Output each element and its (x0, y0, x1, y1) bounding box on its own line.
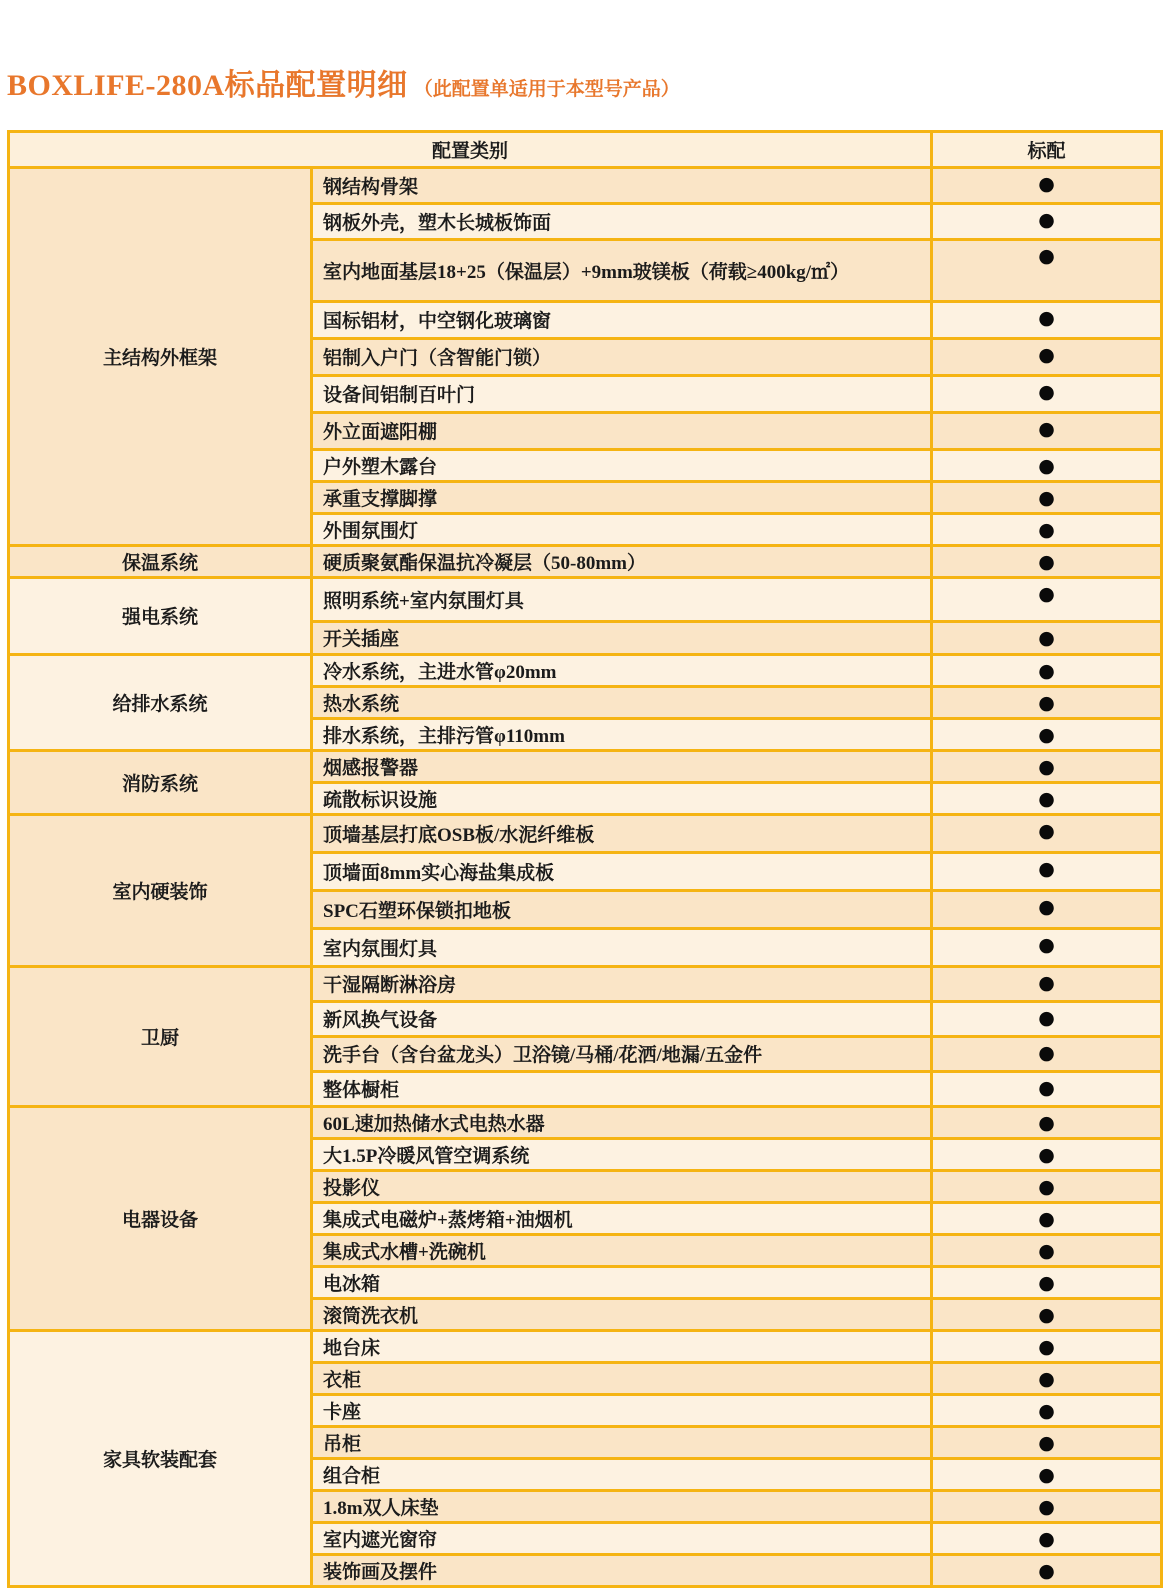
config-item-cell: 顶墙面8mm实心海盐集成板 (312, 852, 932, 890)
config-item-cell: 疏散标识设施 (312, 782, 932, 814)
category-cell: 保温系统 (9, 545, 312, 577)
config-item-cell: 设备间铝制百叶门 (312, 375, 932, 412)
bullet-icon: ● (1038, 627, 1055, 649)
bullet-icon: ● (1038, 660, 1055, 682)
page-title: BOXLIFE-280A标品配置明细（此配置单适用于本型号产品） (7, 0, 1168, 130)
config-item-cell: 开关插座 (312, 621, 932, 654)
config-item-cell: 装饰画及摆件 (312, 1554, 932, 1586)
config-item-cell: 硬质聚氨酯保温抗冷凝层（50-80mm） (312, 545, 932, 577)
bullet-icon: ● (1038, 1432, 1055, 1454)
standard-cell: ● (932, 1298, 1162, 1330)
category-cell: 强电系统 (9, 577, 312, 654)
standard-cell: ● (932, 718, 1162, 750)
header-standard: 标配 (932, 131, 1162, 167)
standard-cell: ● (932, 481, 1162, 513)
config-item-cell: 排水系统，主排污管φ110mm (312, 718, 932, 750)
bullet-icon: ● (1038, 344, 1055, 366)
config-item-cell: 60L速加热储水式电热水器 (312, 1106, 932, 1138)
config-item-cell: 冷水系统，主进水管φ20mm (312, 654, 932, 686)
config-item-cell: 地台床 (312, 1330, 932, 1362)
config-item-cell: 衣柜 (312, 1362, 932, 1394)
config-item-cell: 室内氛围灯具 (312, 928, 932, 966)
category-cell: 卫厨 (9, 966, 312, 1106)
standard-cell: ● (932, 750, 1162, 782)
config-item-cell: 电冰箱 (312, 1266, 932, 1298)
bullet-icon: ● (1038, 1496, 1055, 1518)
config-item-cell: 整体橱柜 (312, 1071, 932, 1106)
config-item-cell: SPC石塑环保锁扣地板 (312, 890, 932, 928)
bullet-icon: ● (1038, 1560, 1055, 1582)
table-header-row: 配置类别 标配 (9, 131, 1162, 167)
config-item-cell: 照明系统+室内氛围灯具 (312, 577, 932, 621)
standard-cell: ● (932, 239, 1162, 301)
page-title-note: （此配置单适用于本型号产品） (414, 79, 680, 100)
bullet-icon: ● (1038, 1007, 1055, 1029)
config-item-cell: 外立面遮阳棚 (312, 412, 932, 449)
config-item-cell: 顶墙基层打底OSB板/水泥纤维板 (312, 814, 932, 852)
standard-cell: ● (932, 301, 1162, 338)
standard-cell: ● (932, 1071, 1162, 1106)
config-item-cell: 洗手台（含台盆龙头）卫浴镜/马桶/花洒/地漏/五金件 (312, 1036, 932, 1071)
category-cell: 主结构外框架 (9, 167, 312, 545)
bullet-icon: ● (1038, 173, 1055, 195)
standard-cell: ● (932, 513, 1162, 545)
config-item-cell: 热水系统 (312, 686, 932, 718)
standard-cell: ● (932, 577, 1162, 621)
config-item-cell: 滚筒洗衣机 (312, 1298, 932, 1330)
config-item-cell: 外围氛围灯 (312, 513, 932, 545)
bullet-icon: ● (1038, 1368, 1055, 1390)
page-title-main: BOXLIFE-280A标品配置明细 (7, 69, 408, 102)
standard-cell: ● (932, 1426, 1162, 1458)
bullet-icon: ● (1038, 1112, 1055, 1134)
bullet-icon: ● (1038, 583, 1055, 605)
bullet-icon: ● (1038, 519, 1055, 541)
category-cell: 电器设备 (9, 1106, 312, 1330)
standard-cell: ● (932, 1170, 1162, 1202)
standard-cell: ● (932, 654, 1162, 686)
config-table: 配置类别 标配 主结构外框架钢结构骨架●钢板外壳，塑木长城板饰面●室内地面基层1… (7, 130, 1163, 1588)
bullet-icon: ● (1038, 1144, 1055, 1166)
table-row: 保温系统硬质聚氨酯保温抗冷凝层（50-80mm）● (9, 545, 1162, 577)
table-row: 消防系统烟感报警器● (9, 750, 1162, 782)
standard-cell: ● (932, 621, 1162, 654)
standard-cell: ● (932, 1036, 1162, 1071)
table-row: 电器设备60L速加热储水式电热水器● (9, 1106, 1162, 1138)
standard-cell: ● (932, 852, 1162, 890)
category-cell: 给排水系统 (9, 654, 312, 750)
bullet-icon: ● (1038, 756, 1055, 778)
bullet-icon: ● (1038, 487, 1055, 509)
bullet-icon: ● (1038, 307, 1055, 329)
bullet-icon: ● (1038, 972, 1055, 994)
category-cell: 家具软装配套 (9, 1330, 312, 1586)
bullet-icon: ● (1038, 1208, 1055, 1230)
config-item-cell: 投影仪 (312, 1170, 932, 1202)
config-item-cell: 卡座 (312, 1394, 932, 1426)
bullet-icon: ● (1038, 1240, 1055, 1262)
config-item-cell: 户外塑木露台 (312, 449, 932, 481)
standard-cell: ● (932, 167, 1162, 203)
bullet-icon: ● (1038, 820, 1055, 842)
bullet-icon: ● (1038, 788, 1055, 810)
bullet-icon: ● (1038, 1042, 1055, 1064)
standard-cell: ● (932, 1522, 1162, 1554)
standard-cell: ● (932, 1001, 1162, 1036)
standard-cell: ● (932, 782, 1162, 814)
standard-cell: ● (932, 1138, 1162, 1170)
config-item-cell: 1.8m双人床垫 (312, 1490, 932, 1522)
config-item-cell: 集成式水槽+洗碗机 (312, 1234, 932, 1266)
bullet-icon: ● (1038, 1528, 1055, 1550)
standard-cell: ● (932, 928, 1162, 966)
standard-cell: ● (932, 1234, 1162, 1266)
config-item-cell: 集成式电磁炉+蒸烤箱+油烟机 (312, 1202, 932, 1234)
bullet-icon: ● (1038, 1272, 1055, 1294)
standard-cell: ● (932, 1106, 1162, 1138)
config-item-cell: 室内遮光窗帘 (312, 1522, 932, 1554)
config-item-cell: 钢板外壳，塑木长城板饰面 (312, 203, 932, 239)
config-item-cell: 国标铝材，中空钢化玻璃窗 (312, 301, 932, 338)
config-item-cell: 室内地面基层18+25（保温层）+9mm玻镁板（荷载≥400kg/㎡） (312, 239, 932, 301)
bullet-icon: ● (1038, 418, 1055, 440)
standard-cell: ● (932, 1490, 1162, 1522)
standard-cell: ● (932, 814, 1162, 852)
bullet-icon: ● (1038, 551, 1055, 573)
bullet-icon: ● (1038, 1176, 1055, 1198)
table-row: 强电系统照明系统+室内氛围灯具● (9, 577, 1162, 621)
standard-cell: ● (932, 1330, 1162, 1362)
table-row: 给排水系统冷水系统，主进水管φ20mm● (9, 654, 1162, 686)
table-row: 家具软装配套地台床● (9, 1330, 1162, 1362)
table-row: 主结构外框架钢结构骨架● (9, 167, 1162, 203)
category-cell: 室内硬装饰 (9, 814, 312, 966)
config-item-cell: 新风换气设备 (312, 1001, 932, 1036)
config-item-cell: 大1.5P冷暖风管空调系统 (312, 1138, 932, 1170)
bullet-icon: ● (1038, 381, 1055, 403)
standard-cell: ● (932, 338, 1162, 375)
config-item-cell: 吊柜 (312, 1426, 932, 1458)
bullet-icon: ● (1038, 692, 1055, 714)
bullet-icon: ● (1038, 209, 1055, 231)
bullet-icon: ● (1038, 1077, 1055, 1099)
standard-cell: ● (932, 412, 1162, 449)
standard-cell: ● (932, 1202, 1162, 1234)
bullet-icon: ● (1038, 245, 1055, 267)
bullet-icon: ● (1038, 858, 1055, 880)
standard-cell: ● (932, 1394, 1162, 1426)
header-category: 配置类别 (9, 131, 932, 167)
config-item-cell: 铝制入户门（含智能门锁） (312, 338, 932, 375)
table-row: 室内硬装饰顶墙基层打底OSB板/水泥纤维板● (9, 814, 1162, 852)
bullet-icon: ● (1038, 1464, 1055, 1486)
config-item-cell: 钢结构骨架 (312, 167, 932, 203)
bullet-icon: ● (1038, 934, 1055, 956)
config-item-cell: 干湿隔断淋浴房 (312, 966, 932, 1001)
page: BOXLIFE-280A标品配置明细（此配置单适用于本型号产品） 配置类别 标配… (0, 0, 1168, 1588)
standard-cell: ● (932, 1458, 1162, 1490)
table-row: 卫厨干湿隔断淋浴房● (9, 966, 1162, 1001)
standard-cell: ● (932, 1362, 1162, 1394)
standard-cell: ● (932, 1266, 1162, 1298)
config-item-cell: 烟感报警器 (312, 750, 932, 782)
standard-cell: ● (932, 890, 1162, 928)
standard-cell: ● (932, 203, 1162, 239)
config-item-cell: 承重支撑脚撑 (312, 481, 932, 513)
standard-cell: ● (932, 1554, 1162, 1586)
category-cell: 消防系统 (9, 750, 312, 814)
standard-cell: ● (932, 375, 1162, 412)
bullet-icon: ● (1038, 1304, 1055, 1326)
standard-cell: ● (932, 545, 1162, 577)
config-item-cell: 组合柜 (312, 1458, 932, 1490)
bullet-icon: ● (1038, 455, 1055, 477)
bullet-icon: ● (1038, 724, 1055, 746)
bullet-icon: ● (1038, 1400, 1055, 1422)
bullet-icon: ● (1038, 1336, 1055, 1358)
bullet-icon: ● (1038, 896, 1055, 918)
standard-cell: ● (932, 686, 1162, 718)
standard-cell: ● (932, 449, 1162, 481)
standard-cell: ● (932, 966, 1162, 1001)
